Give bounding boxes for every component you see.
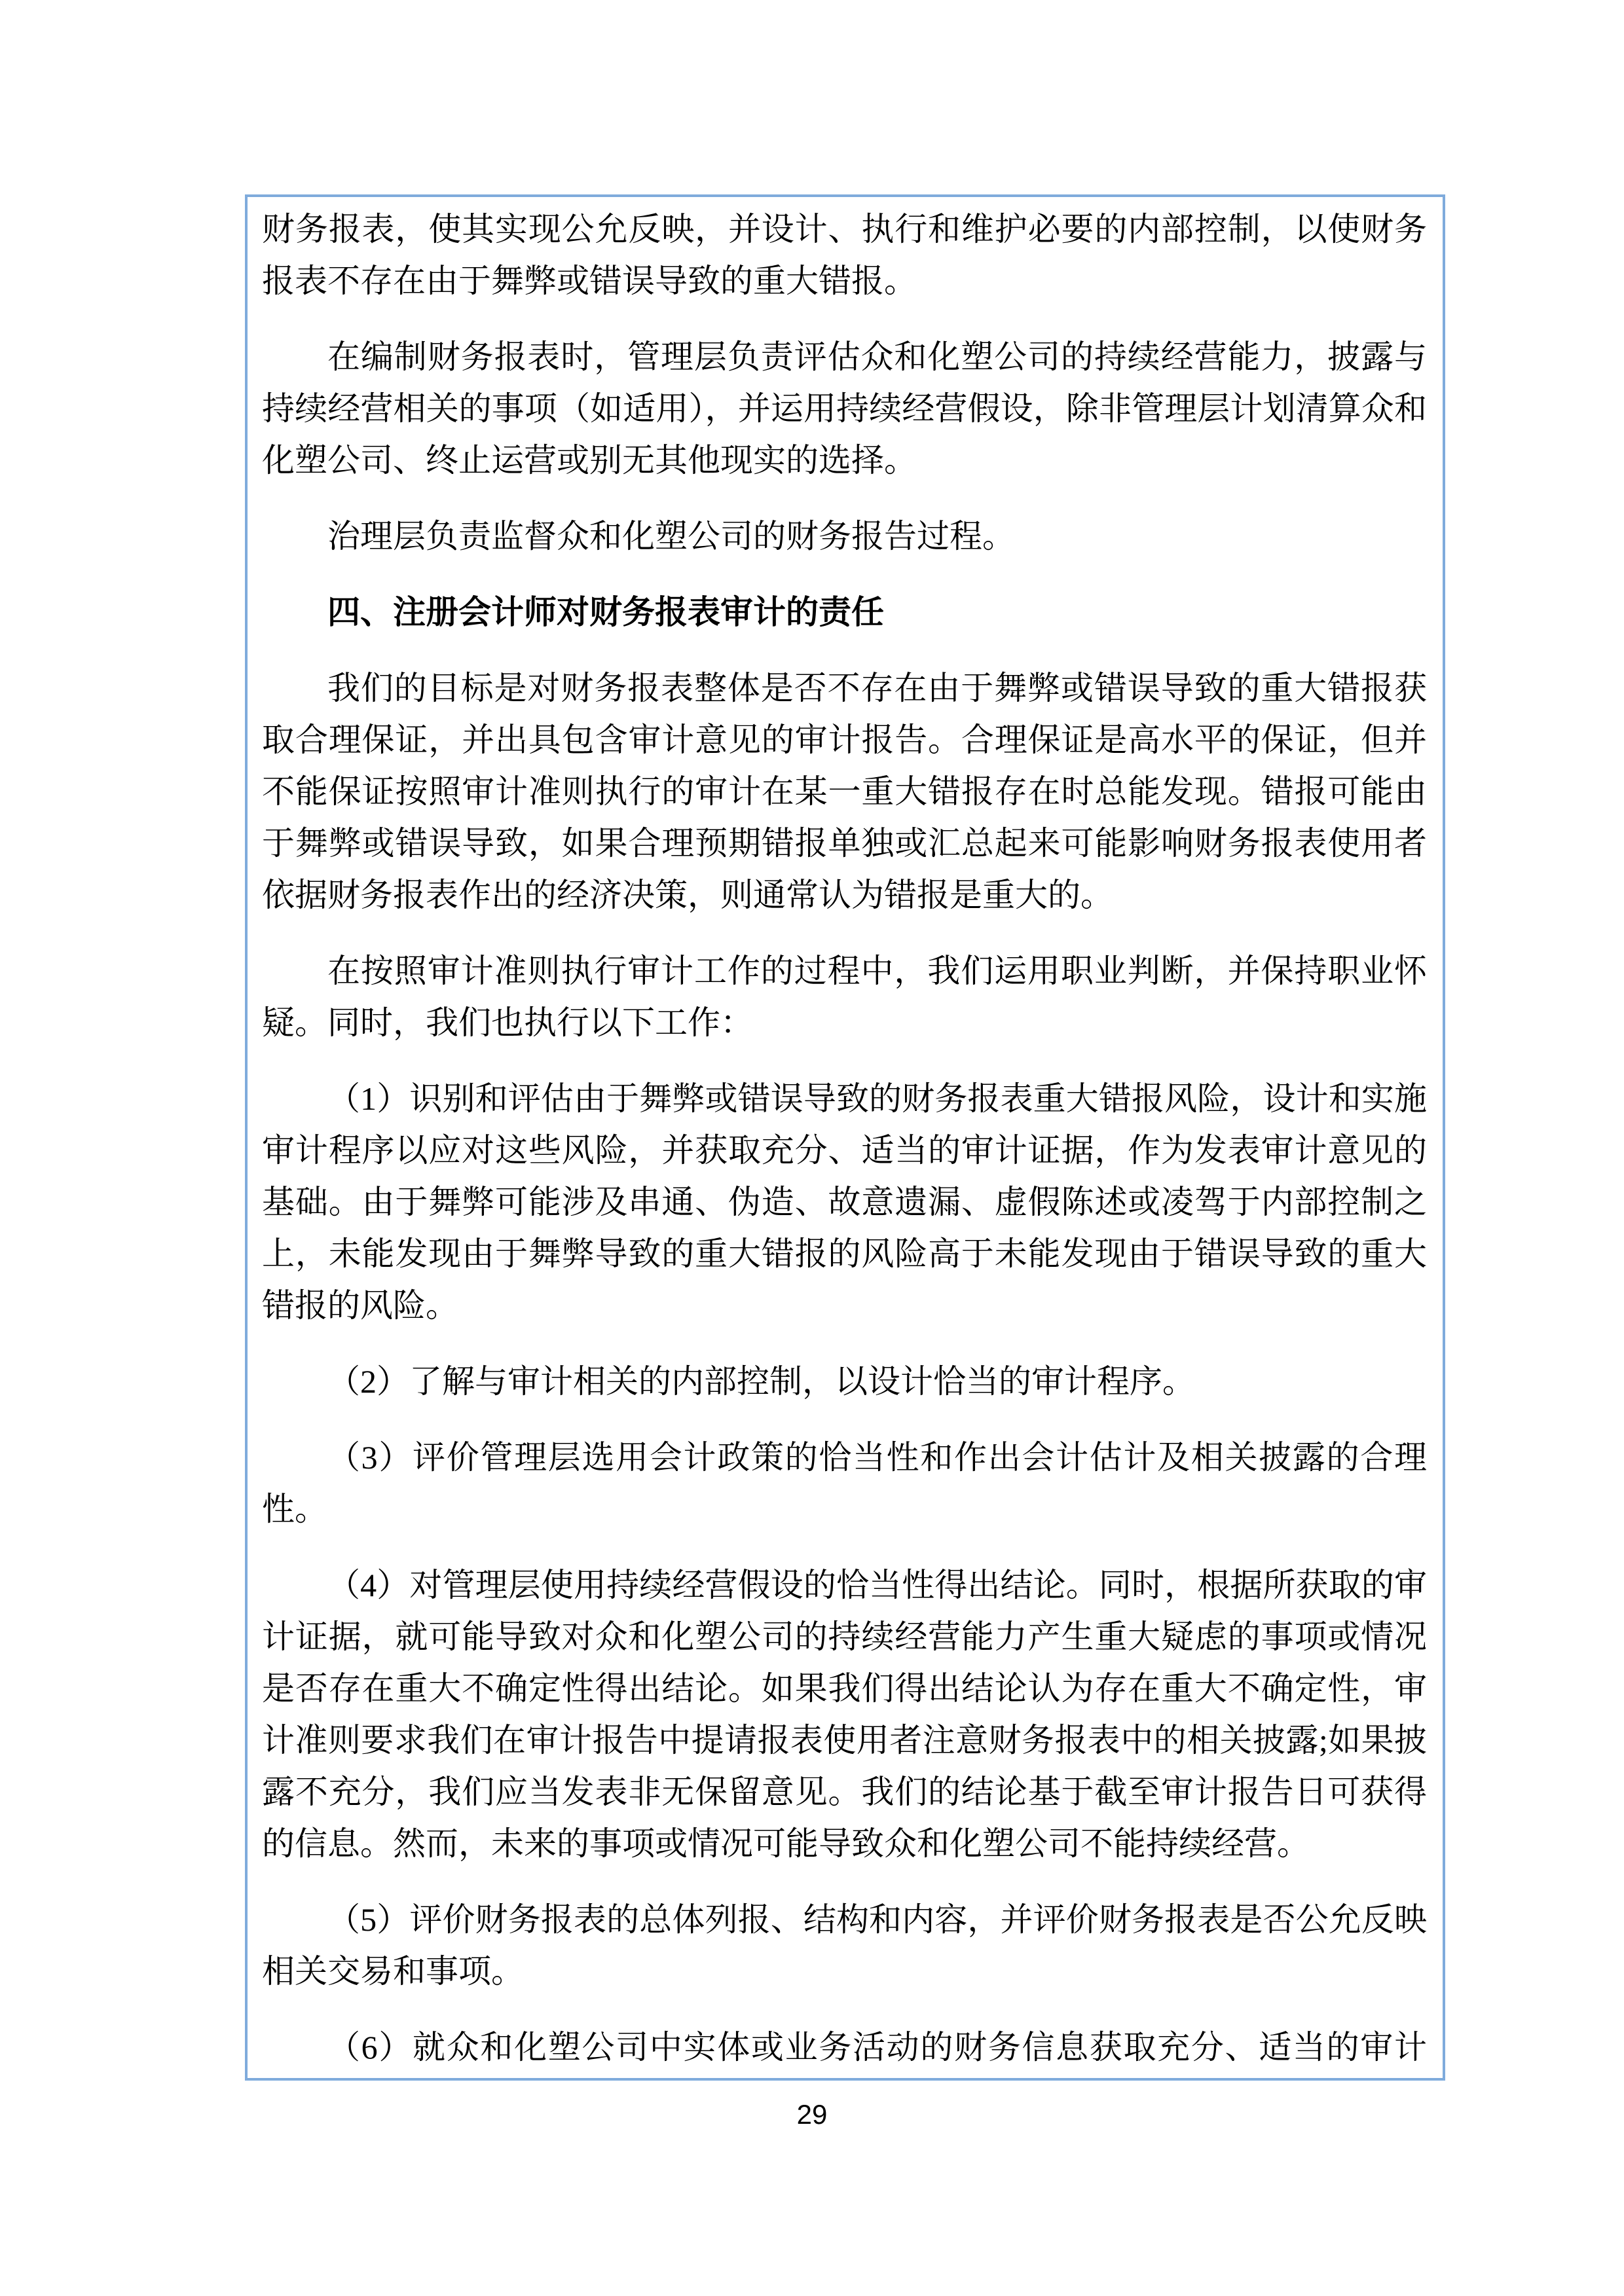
paragraph: 我们的目标是对财务报表整体是否不存在由于舞弊或错误导致的重大错报获取合理保证，并… [262, 663, 1427, 921]
paragraph: 在编制财务报表时，管理层负责评估众和化塑公司的持续经营能力，披露与持续经营相关的… [262, 331, 1427, 486]
paragraph: 在按照审计准则执行审计工作的过程中，我们运用职业判断，并保持职业怀疑。同时，我们… [262, 945, 1427, 1049]
paragraph: 治理层负责监督众和化塑公司的财务报告过程。 [262, 511, 1427, 562]
paragraph: 财务报表，使其实现公允反映，并设计、执行和维护必要的内部控制，以使财务报表不存在… [262, 204, 1427, 307]
paragraph: （6）就众和化塑公司中实体或业务活动的财务信息获取充分、适当的审计 [262, 2022, 1427, 2073]
paragraph: （2）了解与审计相关的内部控制，以设计恰当的审计程序。 [262, 1356, 1427, 1408]
content-border-box: 财务报表，使其实现公允反映，并设计、执行和维护必要的内部控制，以使财务报表不存在… [245, 194, 1445, 2081]
page-number: 29 [0, 2099, 1624, 2130]
paragraph: （4）对管理层使用持续经营假设的恰当性得出结论。同时，根据所获取的审计证据，就可… [262, 1559, 1427, 1870]
paragraph: （5）评价财务报表的总体列报、结构和内容，并评价财务报表是否公允反映相关交易和事… [262, 1894, 1427, 1997]
document-page: { "page": { "border_color": "#7fabdc", "… [0, 0, 1624, 2296]
paragraph: （3）评价管理层选用会计政策的恰当性和作出会计估计及相关披露的合理性。 [262, 1432, 1427, 1535]
sheet: 财务报表，使其实现公允反映，并设计、执行和维护必要的内部控制，以使财务报表不存在… [0, 0, 1624, 2296]
paragraph: （1）识别和评估由于舞弊或错误导致的财务报表重大错报风险，设计和实施审计程序以应… [262, 1073, 1427, 1332]
section-heading: 四、注册会计师对财务报表审计的责任 [262, 587, 1427, 638]
